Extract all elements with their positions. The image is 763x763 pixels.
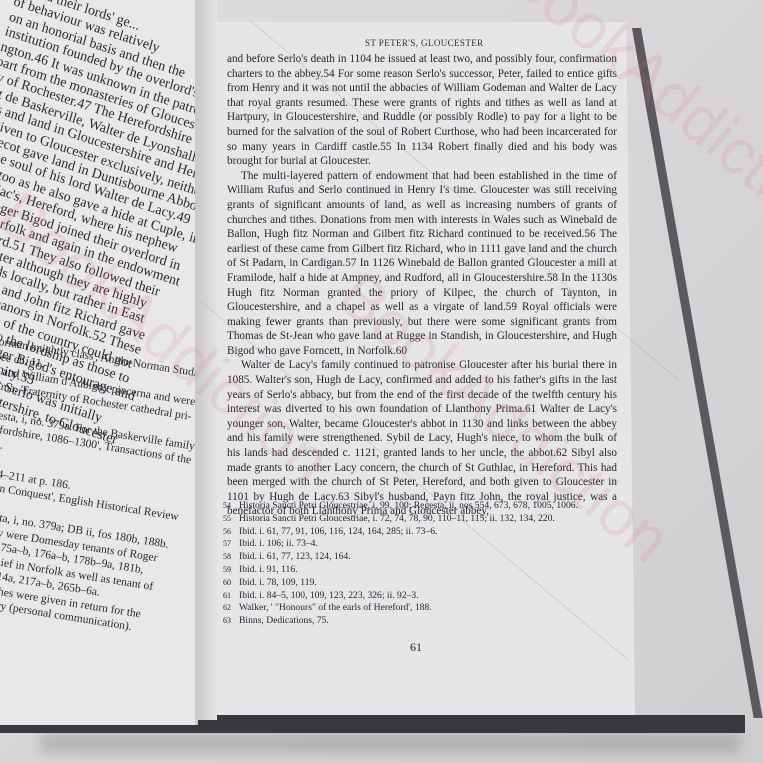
footnote: 57Ibid. i. 106; ii. 73–4. — [223, 538, 578, 551]
page-number: 61 — [410, 640, 422, 655]
footnote: 63Binns, Dedications, 75. — [223, 615, 578, 628]
left-page: copied their lords' ge...of behaviour wa… — [0, 0, 198, 725]
running-head: ST PETER'S, GLOUCESTER — [365, 38, 484, 48]
footnotes: 54Historia Sancti Petri Gloucestriae, i.… — [223, 500, 578, 628]
footnote: 55Historia Sancti Petri Gloucestriae, i.… — [223, 513, 578, 526]
footnote: 62Walker, ' "Honours" of the earls of He… — [223, 602, 578, 615]
footnote: 60Ibid. i. 78, 109, 119. — [223, 577, 578, 590]
book-shadow — [40, 733, 740, 753]
body-text: and before Serlo's death in 1104 he issu… — [227, 52, 617, 519]
footnote: 58Ibid. i. 61, 77, 123, 124, 164. — [223, 551, 578, 564]
footnote: 54Historia Sancti Petri Gloucestriae, i.… — [223, 500, 578, 513]
paragraph: The multi-layered pattern of endowment t… — [227, 169, 617, 359]
paragraph: and before Serlo's death in 1104 he issu… — [227, 52, 617, 169]
paragraph: Walter de Lacy's family continued to pat… — [227, 358, 617, 519]
book-gutter — [195, 0, 217, 720]
left-page-footnotes: orman knightly class', Anglo-Norman Stud… — [0, 335, 198, 641]
footnote: 59Ibid. i. 91, 116. — [223, 564, 578, 577]
footnote: 56Ibid. i. 61, 77, 91, 106, 116, 124, 16… — [223, 526, 578, 539]
footnote: 61Ibid. i. 84–5, 100, 109, 123, 223, 326… — [223, 590, 578, 603]
